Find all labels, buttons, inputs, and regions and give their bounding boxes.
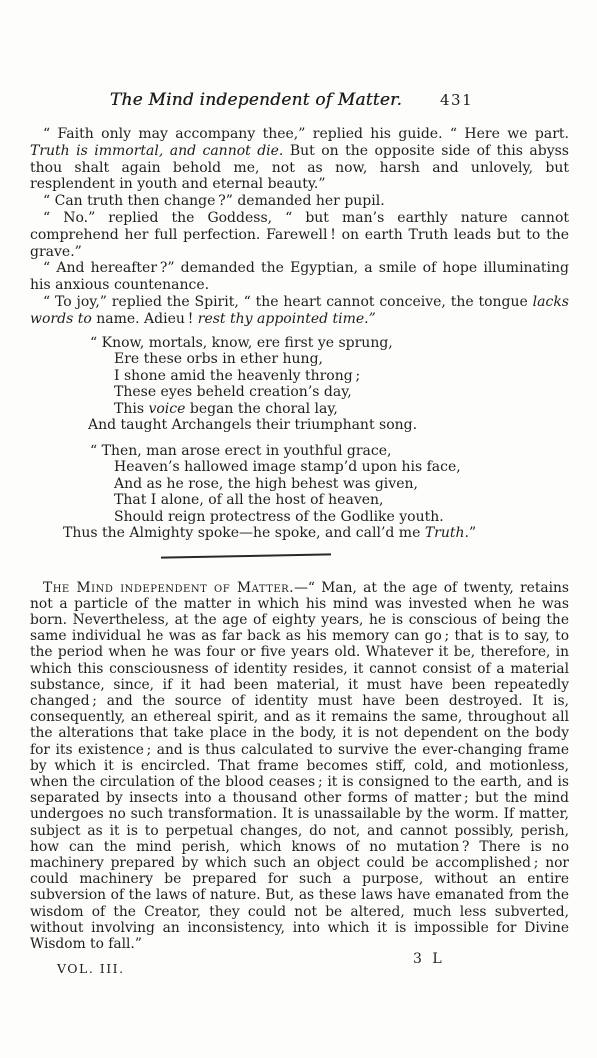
dialogue-section: “ Faith only may accompany thee,” replie… (30, 126, 569, 328)
text-run: “ Then, man arose erect in youthful grac… (90, 443, 391, 459)
section-divider (161, 553, 331, 558)
running-header: The Mind independent of Matter. 431 (0, 90, 597, 114)
text-run: And taught Archangels their triumphant s… (88, 417, 417, 433)
text-run: “ Know, mortals, know, ere first ye spru… (90, 335, 393, 351)
page-title: The Mind independent of Matter. (0, 90, 512, 110)
text-run: These eyes beheld creation’s day, (114, 384, 352, 400)
text-run: Heaven’s hallowed image stamp’d upon his… (114, 459, 461, 475)
text-run: “ Faith only may accompany thee,” replie… (43, 126, 569, 142)
book-page: The Mind independent of Matter. 431 “ Fa… (0, 0, 597, 1058)
poem-line: And taught Archangels their triumphant s… (88, 417, 569, 434)
volume-label: VOL. III. (57, 961, 125, 976)
dialogue-paragraph: “ Can truth then change ?” demanded her … (30, 193, 569, 210)
text-run: “ Can truth then change ?” demanded her … (43, 193, 385, 209)
text-run: I shone amid the heavenly throng ; (114, 368, 360, 384)
poem-line: These eyes beheld creation’s day, (114, 384, 569, 401)
emphasis-text: rest thy appointed time.” (198, 311, 376, 327)
text-run: Should reign protectress of the Godlike … (114, 509, 444, 525)
poem-line: Thus the Almighty spoke—he spoke, and ca… (63, 525, 569, 542)
text-run: .” (465, 525, 477, 541)
dialogue-paragraph: “ To joy,” replied the Spirit, “ the hea… (30, 294, 569, 328)
poem-line: “ Then, man arose erect in youthful grac… (90, 443, 569, 460)
article-paragraph: The Mind independent of Matter.—“ Man, a… (30, 580, 569, 953)
page-footer: VOL. III. 3 L (0, 951, 597, 983)
article-section: The Mind independent of Matter.—“ Man, a… (30, 580, 569, 953)
poem-section: “ Know, mortals, know, ere first ye spru… (88, 335, 569, 542)
poem-line: Ere these orbs in ether hung, (114, 351, 569, 368)
page-number: 431 (440, 91, 473, 109)
poem-line: “ Know, mortals, know, ere first ye spru… (90, 335, 569, 352)
text-run: “ And hereafter ?” demanded the Egyptian… (30, 260, 569, 293)
text-run: This (114, 401, 148, 417)
text-run: began the choral lay, (185, 401, 337, 417)
text-run: Thus the Almighty spoke—he spoke, and ca… (63, 525, 425, 541)
text-run: name. Adieu ! (92, 311, 198, 327)
emphasis-text: Truth is immortal, and cannot die. (30, 143, 283, 159)
text-run: And as he rose, the high behest was give… (114, 476, 418, 492)
dialogue-paragraph: “ No.” replied the Goddess, “ but man’s … (30, 210, 569, 260)
text-column: “ Faith only may accompany thee,” replie… (30, 126, 569, 952)
emphasis-text: voice (148, 401, 185, 417)
article-heading-run: The Mind independent of Matter. (43, 580, 294, 596)
text-run: “ To joy,” replied the Spirit, “ the hea… (43, 294, 533, 310)
dialogue-paragraph: “ And hereafter ?” demanded the Egyptian… (30, 260, 569, 294)
signature-mark: 3 L (413, 951, 445, 967)
poem-line: I shone amid the heavenly throng ; (114, 368, 569, 385)
poem-line: Heaven’s hallowed image stamp’d upon his… (114, 459, 569, 476)
poem-line: Should reign protectress of the Godlike … (114, 509, 569, 526)
text-run: That I alone, of all the host of heaven, (114, 492, 383, 508)
emphasis-text: Truth (425, 525, 465, 541)
poem-line: This voice began the choral lay, (114, 401, 569, 418)
text-run: —“ Man, at the age of twenty, retains no… (30, 580, 569, 952)
text-run: Ere these orbs in ether hung, (114, 351, 323, 367)
poem-line: And as he rose, the high behest was give… (114, 476, 569, 493)
dialogue-paragraph: “ Faith only may accompany thee,” replie… (30, 126, 569, 193)
text-run: “ No.” replied the Goddess, “ but man’s … (30, 210, 569, 260)
poem-line: That I alone, of all the host of heaven, (114, 492, 569, 509)
poem-stanza: “ Know, mortals, know, ere first ye spru… (88, 335, 569, 434)
poem-stanza: “ Then, man arose erect in youthful grac… (88, 443, 569, 542)
